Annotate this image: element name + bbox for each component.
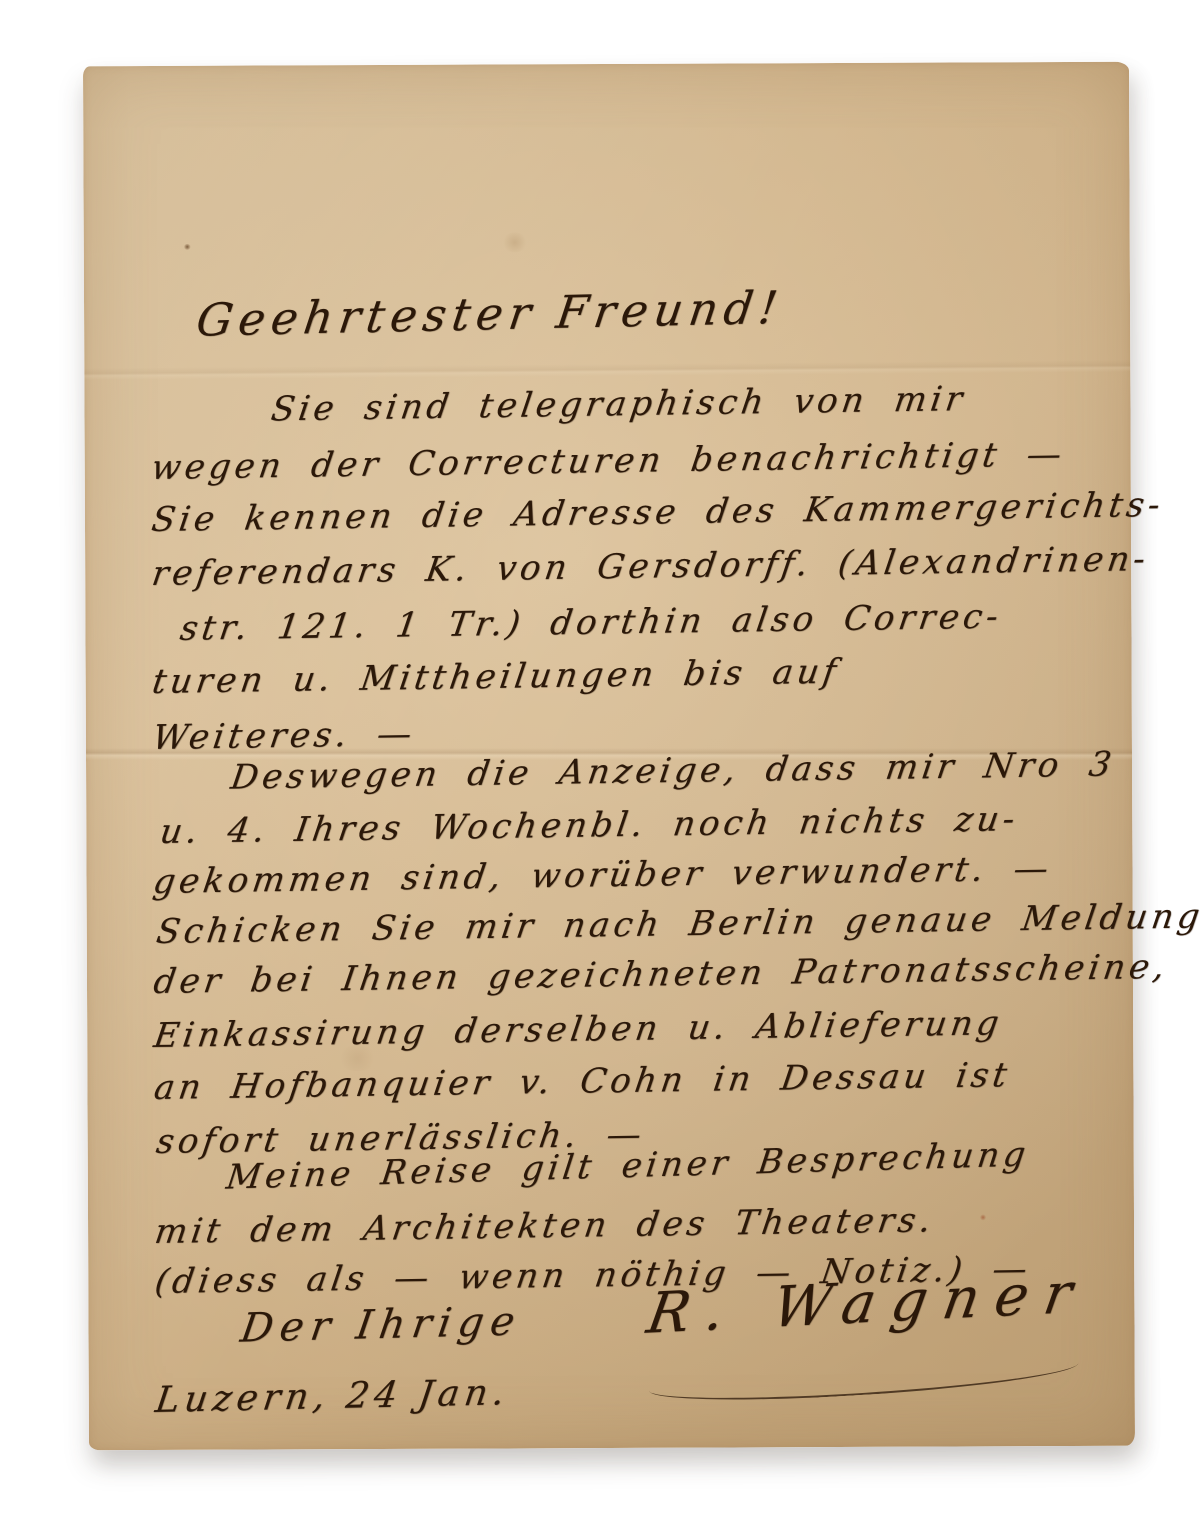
letter-line: wegen der Correcturen benachrichtigt — [149,434,1068,488]
letter-dateline: Luzern, 24 Jan. [153,1372,512,1421]
paper-stain [502,232,528,252]
ink-speck [184,244,191,250]
letter-line: str. 121. 1 Tr.) dorthin also Correc- [178,597,1005,649]
fold-crease-upper [84,360,1130,380]
letter-page: Geehrtester Freund! Sie sind telegraphis… [83,62,1135,1451]
ink-speck [980,1214,986,1220]
signature-flourish [648,1347,1079,1407]
letter-line: der bei Ihnen gezeichneten Patronatssche… [151,947,1171,1002]
letter-line: Weiteres. — [150,714,418,758]
letter-closing: Der Ihrige [238,1298,525,1351]
letter-greeting: Geehrtester Freund! [193,281,786,347]
letter-line: u. 4. Ihres Wochenbl. noch nichts zu- [157,799,1021,852]
letter-line: Sie kennen die Adresse des Kammergericht… [149,485,1166,540]
letter-line: an Hofbanquier v. Cohn in Dessau ist [152,1055,1014,1108]
letter-line: mit dem Architekten des Theaters. [152,1200,937,1252]
letter-line: gekommen sind, worüber verwundert. — [151,849,1055,902]
letter-line: Einkassirung derselben u. Ablieferung [151,1003,1005,1056]
letter-line: referendars K. von Gersdorff. (Alexandri… [149,539,1151,594]
photo-background: Geehrtester Freund! Sie sind telegraphis… [0,0,1200,1539]
letter-line: Sie sind telegraphisch von mir [269,379,969,429]
letter-line: Schicken Sie mir nach Berlin genaue Meld… [154,896,1200,952]
letter-line: turen u. Mittheilungen bis auf [150,652,843,702]
